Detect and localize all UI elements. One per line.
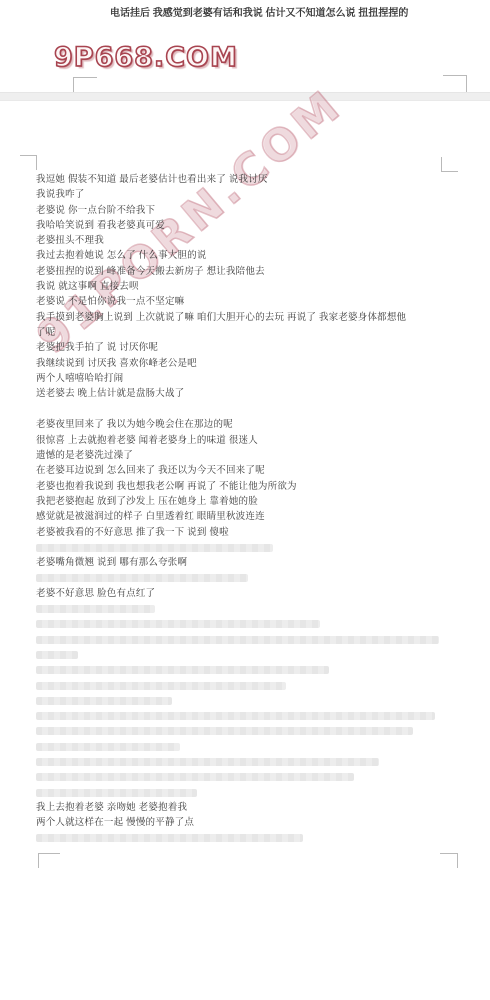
text-line: 很惊喜 上去就抱着老婆 闻着老婆身上的味道 很迷人 (36, 433, 460, 448)
text-line: 我说 就这事啊 直接去呗 (36, 279, 460, 294)
site-logo-stamp: 9P668.COM (54, 42, 238, 73)
text-line: 老婆扭捏的说到 峰准备今天搬去新房子 想让我陪他去 (36, 264, 460, 279)
redacted-line (36, 769, 460, 784)
redacted-line (36, 678, 460, 693)
page-gap-band (0, 92, 490, 101)
redacted-line (36, 632, 460, 647)
text-line: 我逗她 假装不知道 最后老婆估计也看出来了 说我讨厌 (36, 172, 460, 187)
redacted-line (36, 570, 460, 585)
margin-crop-mark-page2-bottom-right (440, 853, 458, 868)
redaction-bar (36, 697, 172, 705)
redaction-bar (36, 651, 78, 659)
redaction-bar (36, 834, 303, 842)
redacted-line (36, 785, 460, 800)
redacted-line (36, 708, 460, 723)
redaction-bar (36, 758, 379, 766)
text-line: 感觉就是被滋润过的样子 白里透着红 眼睛里秋波连连 (36, 509, 460, 524)
redaction-bar (36, 666, 329, 674)
text-line: 老婆也抱着我说到 我也想我老公啊 再说了 不能让他为所欲为 (36, 479, 460, 494)
redaction-bar (36, 605, 155, 613)
redaction-bar (36, 743, 180, 751)
redaction-bar (36, 727, 413, 735)
redacted-line (36, 540, 460, 555)
paragraph: 我逗她 假装不知道 最后老婆估计也看出来了 说我讨厌我说我咋了老婆说 你一点台阶… (36, 172, 460, 401)
text-line: 老婆嘴角微翘 说到 哪有那么夸张啊 (36, 555, 460, 570)
margin-crop-mark-page2-top-right (441, 157, 458, 172)
redacted-line (36, 830, 460, 845)
text-line: 两个人就这样在一起 慢慢的平静了点 (36, 815, 460, 830)
redaction-bar (36, 682, 286, 690)
redacted-line (36, 739, 460, 754)
text-line: 我上去抱着老婆 亲吻她 老婆抱着我 (36, 800, 460, 815)
redacted-line (36, 601, 460, 616)
redacted-line (36, 723, 460, 738)
redaction-bar (36, 712, 435, 720)
redacted-line (36, 616, 460, 631)
text-line: 老婆把我手拍了 说 讨厌你呢 (36, 340, 460, 355)
document-viewer: 电话挂后 我感觉到老婆有话和我说 估计又不知道怎么说 扭扭捏捏的 9P668.C… (0, 0, 490, 1000)
text-line: 老婆说 你一点台阶不给我下 (36, 203, 460, 218)
text-line: 我继续说到 讨厌我 喜欢你峰老公是吧 (36, 356, 460, 371)
text-line: 送老婆去 晚上估计就是盘肠大战了 (36, 386, 460, 401)
text-line: 我哈哈笑说到 看我老婆真可爱 (36, 218, 460, 233)
text-line: 两个人嘻嘻哈哈打闹 (36, 371, 460, 386)
margin-crop-mark-page1-right (443, 75, 467, 93)
text-line: 我把老婆抱起 放到了沙发上 压在她身上 靠着她的脸 (36, 494, 460, 509)
text-line: 老婆被我看的不好意思 推了我一下 说到 傻啦 (36, 525, 460, 540)
redacted-line (36, 662, 460, 677)
redaction-bar (36, 574, 248, 582)
text-line: 我手摸到老婆胸上说到 上次就说了嘛 咱们大胆开心的去玩 再说了 我家老婆身体都想… (36, 310, 460, 325)
redaction-bar (36, 789, 197, 797)
redacted-line (36, 754, 460, 769)
redacted-line (36, 647, 460, 662)
redaction-bar (36, 773, 354, 781)
page1-trailing-text-line: 电话挂后 我感觉到老婆有话和我说 估计又不知道怎么说 扭扭捏捏的 (110, 4, 408, 19)
margin-crop-mark-page2-top-left (20, 155, 37, 170)
margin-crop-mark-page2-bottom-left (38, 853, 60, 868)
redaction-bar (36, 544, 273, 552)
text-line: 我说我咋了 (36, 187, 460, 202)
text-line: 我过去抱着她说 怎么了 什么事大胆的说 (36, 248, 460, 263)
text-line: 遗憾的是老婆洗过澡了 (36, 448, 460, 463)
redaction-bar (36, 636, 439, 644)
redaction-bar (36, 620, 320, 628)
text-line: 老婆扭头不理我 (36, 233, 460, 248)
text-line: 老婆不好意思 脸色有点红了 (36, 586, 460, 601)
text-line: 了呢 (36, 325, 460, 340)
text-line: 老婆说 不是怕你说我一点不坚定嘛 (36, 294, 460, 309)
story-body-text: 我逗她 假装不知道 最后老婆估计也看出来了 说我讨厌我说我咋了老婆说 你一点台阶… (36, 172, 460, 846)
paragraph: 老婆夜里回来了 我以为她今晚会住在那边的呢很惊喜 上去就抱着老婆 闻着老婆身上的… (36, 417, 460, 845)
text-line: 老婆夜里回来了 我以为她今晚会住在那边的呢 (36, 417, 460, 432)
text-line: 在老婆耳边说到 怎么回来了 我还以为今天不回来了呢 (36, 463, 460, 478)
redacted-line (36, 693, 460, 708)
